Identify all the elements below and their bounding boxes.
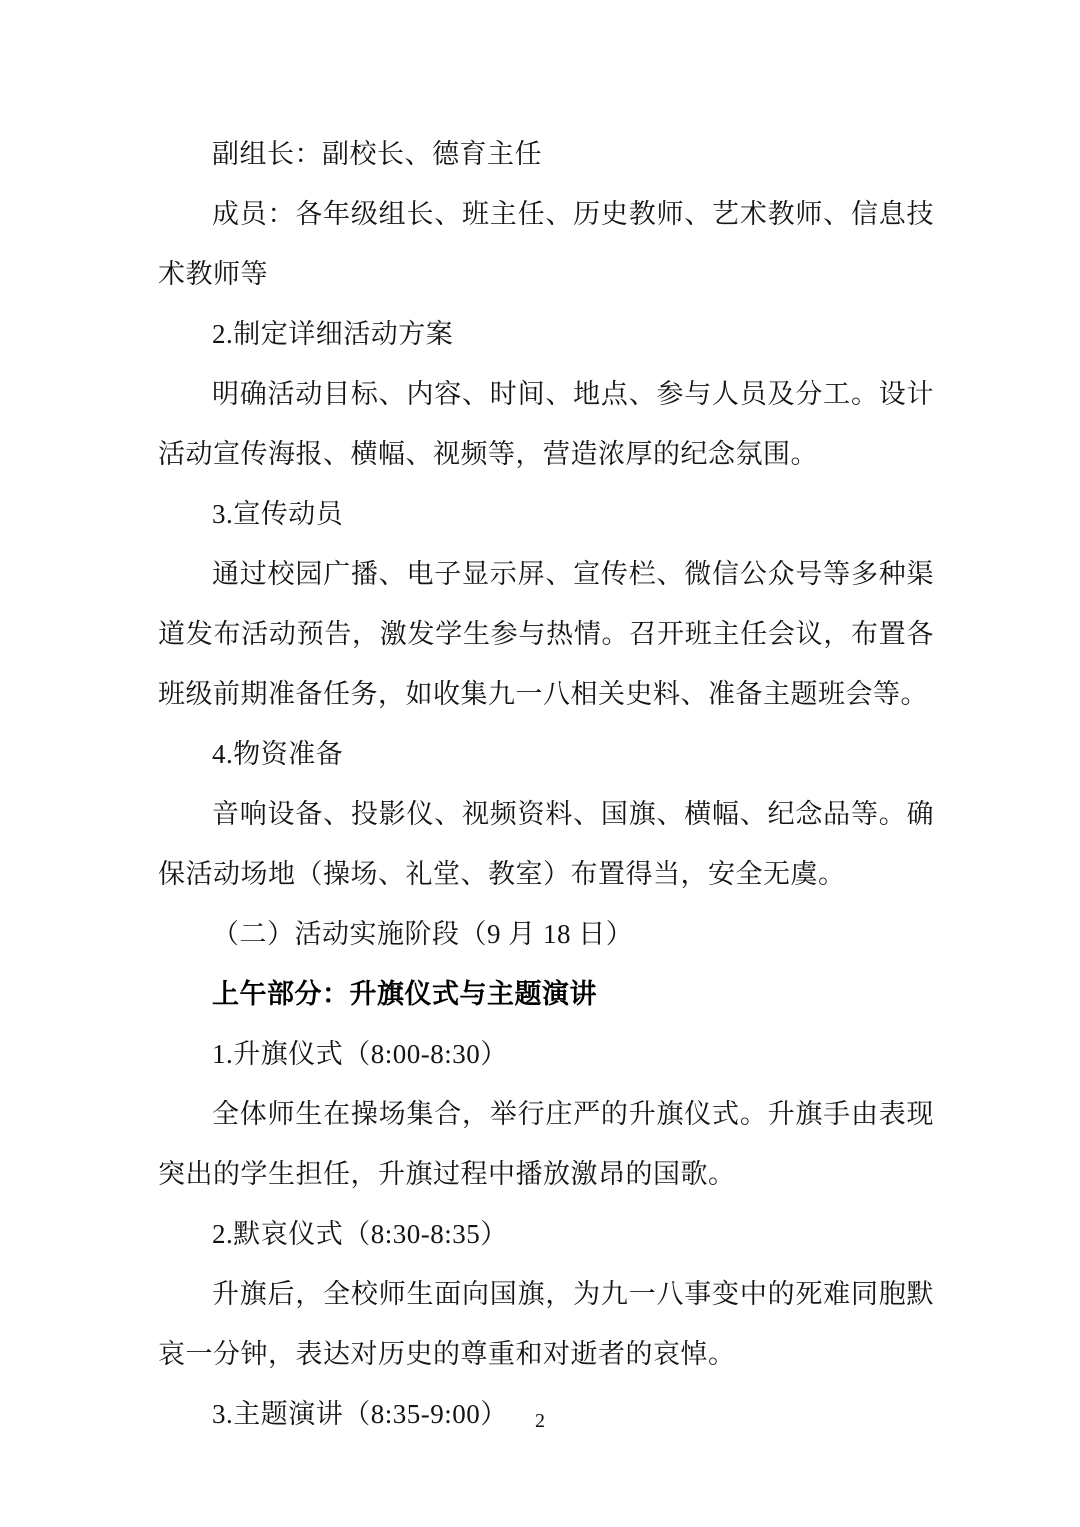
paragraph-item-3-heading: 3.宣传动员 [158,484,934,544]
paragraph-silence-heading: 2.默哀仪式（8:30-8:35） [158,1204,934,1264]
paragraph-item-2-body: 明确活动目标、内容、时间、地点、参与人员及分工。设计活动宣传海报、横幅、视频等，… [158,364,934,484]
paragraph-members: 成员：各年级组长、班主任、历史教师、艺术教师、信息技术教师等 [158,184,934,304]
section-heading-morning: 上午部分：升旗仪式与主题演讲 [158,964,934,1024]
paragraph-item-4-heading: 4.物资准备 [158,724,934,784]
page-footer: 2 [0,1408,1080,1434]
paragraph-item-3-body: 通过校园广播、电子显示屏、宣传栏、微信公众号等多种渠道发布活动预告，激发学生参与… [158,544,934,724]
paragraph-item-4-body: 音响设备、投影仪、视频资料、国旗、横幅、纪念品等。确保活动场地（操场、礼堂、教室… [158,784,934,904]
document-body: 副组长：副校长、德育主任 成员：各年级组长、班主任、历史教师、艺术教师、信息技术… [158,124,934,1444]
paragraph-flag-ceremony-body: 全体师生在操场集合，举行庄严的升旗仪式。升旗手由表现突出的学生担任，升旗过程中播… [158,1084,934,1204]
page-number: 2 [535,1410,545,1432]
paragraph-vice-leader: 副组长：副校长、德育主任 [158,124,934,184]
paragraph-flag-ceremony-heading: 1.升旗仪式（8:00-8:30） [158,1024,934,1084]
document-page: 副组长：副校长、德育主任 成员：各年级组长、班主任、历史教师、艺术教师、信息技术… [0,0,1080,1527]
paragraph-item-2-heading: 2.制定详细活动方案 [158,304,934,364]
paragraph-stage-2-heading: （二）活动实施阶段（9 月 18 日） [158,904,934,964]
paragraph-silence-body: 升旗后，全校师生面向国旗，为九一八事变中的死难同胞默哀一分钟，表达对历史的尊重和… [158,1264,934,1384]
